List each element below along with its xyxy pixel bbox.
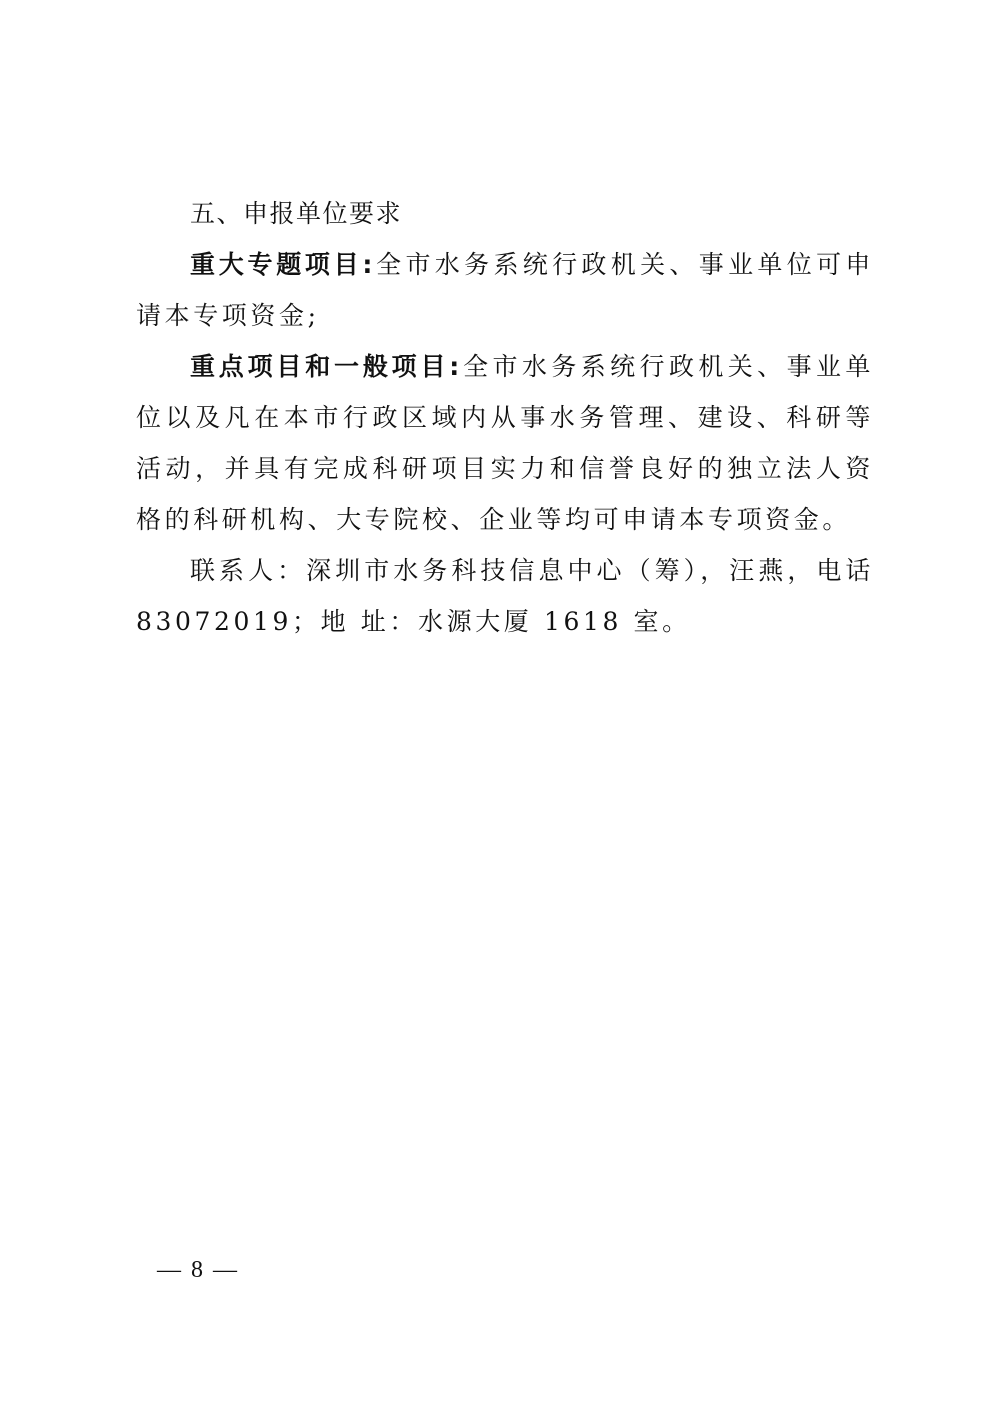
paragraph-key-general-projects: 重点项目和一般项目:全市水务系统行政机关、事业单位以及凡在本市行政区域内从事水务… xyxy=(136,341,874,545)
page-number: — 8 — xyxy=(157,1257,239,1284)
paragraph-contact: 联系人：深圳市水务科技信息中心（筹），汪燕，电话83072019；地 址：水源大… xyxy=(136,545,874,647)
paragraph-major-projects: 重大专题项目:全市水务系统行政机关、事业单位可申请本专项资金; xyxy=(136,239,874,341)
paragraph-lead-key-general: 重点项目和一般项目: xyxy=(190,352,462,381)
section-heading: 五、申报单位要求 xyxy=(136,188,874,239)
document-body: 五、申报单位要求 重大专题项目:全市水务系统行政机关、事业单位可申请本专项资金;… xyxy=(136,188,874,647)
paragraph-lead-major: 重大专题项目: xyxy=(190,250,375,279)
document-page: 五、申报单位要求 重大专题项目:全市水务系统行政机关、事业单位可申请本专项资金;… xyxy=(0,0,1000,1415)
paragraph-text-contact: 联系人：深圳市水务科技信息中心（筹），汪燕，电话83072019；地 址：水源大… xyxy=(136,556,874,636)
